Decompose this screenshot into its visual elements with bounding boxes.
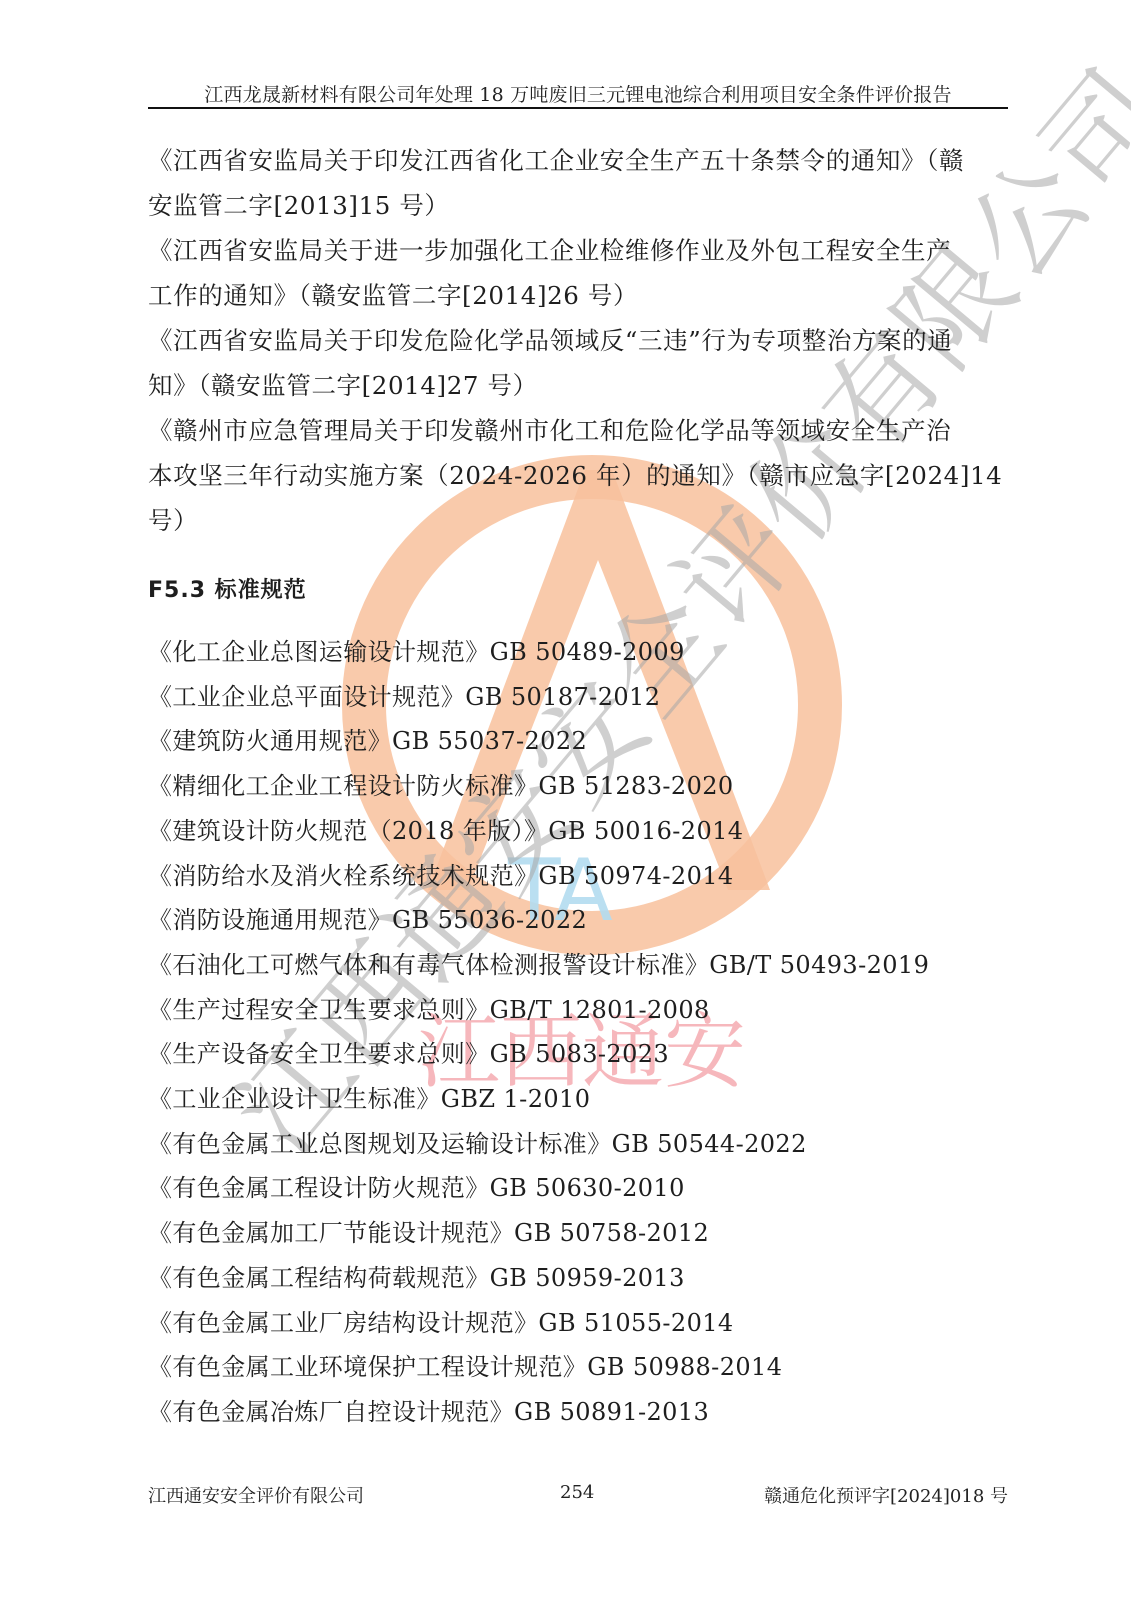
standard-item: 《消防给水及消火栓系统技术规范》GB 50974-2014 <box>148 854 1008 899</box>
standard-item: 《建筑设计防火规范（2018 年版）》GB 50016-2014 <box>148 809 1008 854</box>
report-header-title: 江西龙晟新材料有限公司年处理 18 万吨废旧三元锂电池综合利用项目安全条件评价报… <box>150 80 1006 107</box>
standard-item: 《生产设备安全卫生要求总则》GB 5083-2023 <box>148 1032 1008 1077</box>
standard-item: 《建筑防火通用规范》GB 55037-2022 <box>148 719 1008 764</box>
header-divider <box>148 107 1008 109</box>
document-body: 《江西省安监局关于印发江西省化工企业安全生产五十条禁令的通知》（赣 安监管二字[… <box>148 138 1008 1435</box>
standard-item: 《生产过程安全卫生要求总则》GB/T 12801-2008 <box>148 988 1008 1033</box>
standard-item: 《有色金属工业总图规划及运输设计标准》GB 50544-2022 <box>148 1122 1008 1167</box>
section-heading: F5.3 标准规范 <box>148 573 1008 604</box>
regulation-item: 《江西省安监局关于印发危险化学品领域反“三违”行为专项整治方案的通 知》（赣安监… <box>148 318 1008 408</box>
standard-item: 《工业企业总平面设计规范》GB 50187-2012 <box>148 675 1008 720</box>
standard-item: 《有色金属工程设计防火规范》GB 50630-2010 <box>148 1166 1008 1211</box>
document-page: TA 江西通安 江西通安安全评价有限公司 江西龙晟新材料有限公司年处理 18 万… <box>0 0 1131 1600</box>
standard-item: 《有色金属工程结构荷载规范》GB 50959-2013 <box>148 1256 1008 1301</box>
regulation-item: 《江西省安监局关于印发江西省化工企业安全生产五十条禁令的通知》（赣 安监管二字[… <box>148 138 1008 228</box>
standard-item: 《石油化工可燃气体和有毒气体检测报警设计标准》GB/T 50493-2019 <box>148 943 1008 988</box>
page-number: 254 <box>560 1482 594 1503</box>
standard-item: 《有色金属加工厂节能设计规范》GB 50758-2012 <box>148 1211 1008 1256</box>
standard-item: 《有色金属冶炼厂自控设计规范》GB 50891-2013 <box>148 1390 1008 1435</box>
standard-item: 《有色金属工业环境保护工程设计规范》GB 50988-2014 <box>148 1345 1008 1390</box>
standard-item: 《消防设施通用规范》GB 55036-2022 <box>148 898 1008 943</box>
standard-item: 《精细化工企业工程设计防火标准》GB 51283-2020 <box>148 764 1008 809</box>
standard-item: 《有色金属工业厂房结构设计规范》GB 51055-2014 <box>148 1301 1008 1346</box>
standard-item: 《工业企业设计卫生标准》GBZ 1-2010 <box>148 1077 1008 1122</box>
regulation-item: 《江西省安监局关于进一步加强化工企业检维修作业及外包工程安全生产 工作的通知》（… <box>148 228 1008 318</box>
footer-company: 江西通安安全评价有限公司 <box>148 1482 364 1508</box>
footer-doc-number: 赣通危化预评字[2024]018 号 <box>764 1482 1008 1508</box>
standards-list: 《化工企业总图运输设计规范》GB 50489-2009 《工业企业总平面设计规范… <box>148 630 1008 1435</box>
regulation-item: 《赣州市应急管理局关于印发赣州市化工和危险化学品等领域安全生产治 本攻坚三年行动… <box>148 408 1008 543</box>
standard-item: 《化工企业总图运输设计规范》GB 50489-2009 <box>148 630 1008 675</box>
